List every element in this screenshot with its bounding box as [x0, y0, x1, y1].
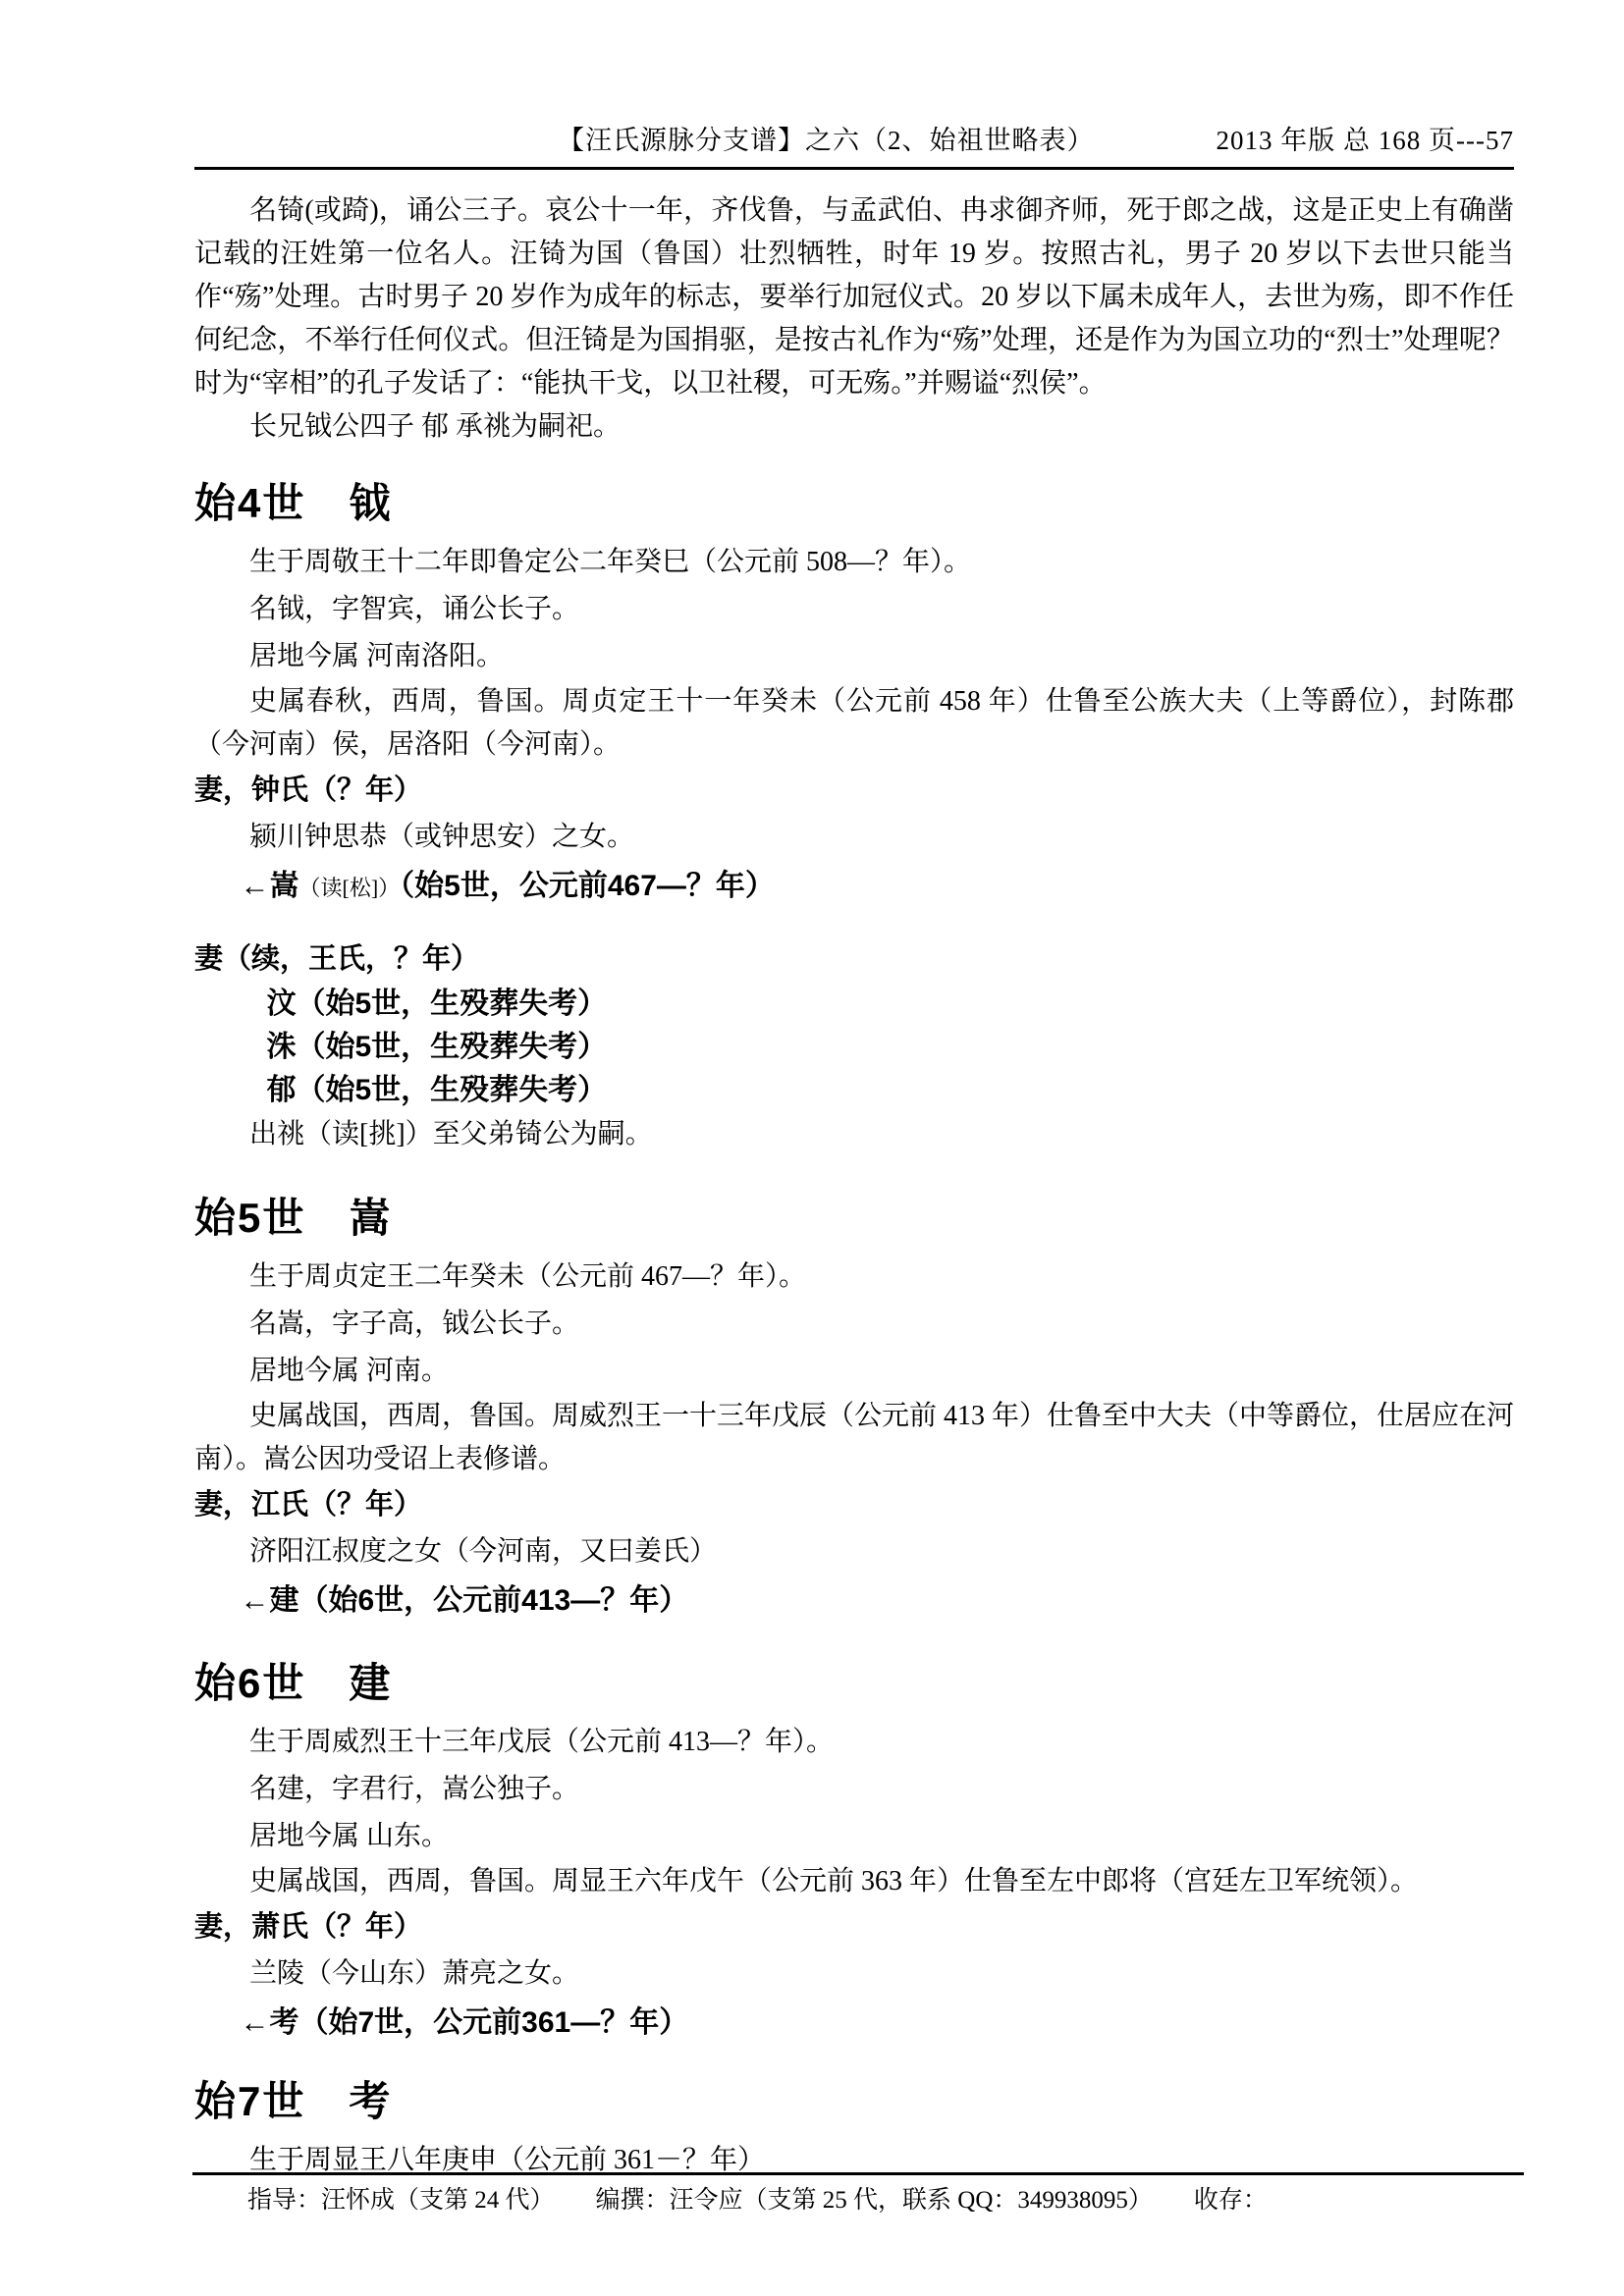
- heir-arrow: ←嵩: [241, 870, 299, 902]
- son-line: 洙（始5世，生殁葬失考）: [194, 1026, 1514, 1069]
- birth-line: 生于周贞定王二年癸未（公元前 467—？年）。: [194, 1254, 1514, 1301]
- name-line: 名嵩，字子高，钺公长子。: [194, 1301, 1514, 1348]
- heir-arrow: ←建: [241, 1584, 299, 1617]
- footer-rule: [192, 2172, 1524, 2175]
- section-heading: 始6世建: [194, 1656, 1514, 1711]
- page-number: 2013 年版 总 168 页---57: [1217, 124, 1514, 157]
- residence-line: 居地今属 山东。: [194, 1813, 1514, 1860]
- section-gen4: 始4世钺 生于周敬王十二年即鲁定公二年癸巳（公元前 508—？年）。 名钺，字智…: [194, 476, 1514, 1157]
- name-line: 名钺，字智宾，诵公长子。: [194, 586, 1514, 633]
- adoption-note-line: 出祧（读[挑]）至父弟锜公为嗣。: [194, 1112, 1514, 1157]
- footer-editor: 编撰：汪令应（支第 25 代，联系 QQ：349938095）: [596, 2185, 1153, 2216]
- footer-keeper: 收存：: [1194, 2185, 1268, 2216]
- wife-line: 妻，萧氏（？年）: [194, 1903, 1514, 1950]
- person-name: 嵩: [349, 1195, 392, 1241]
- second-wife-line: 妻（续，王氏，？年）: [194, 935, 1514, 983]
- pronunciation-note: （读[松]）: [299, 876, 401, 900]
- residence-line: 居地今属 河南。: [194, 1348, 1514, 1395]
- header-rule: [194, 167, 1514, 170]
- generation-label: 始7世: [194, 2078, 305, 2124]
- intro-paragraph: 名锜(或踦)，诵公三子。哀公十一年，齐伐鲁，与孟武伯、冉求御齐师，死于郎之战，这…: [194, 189, 1514, 405]
- heir-info: （始7世，公元前361—？年）: [299, 2006, 689, 2039]
- birth-line: 生于周敬王十二年即鲁定公二年癸巳（公元前 508—？年）。: [194, 539, 1514, 586]
- section-heading: 始7世考: [194, 2074, 1514, 2129]
- heir-line: ←建（始6世，公元前413—？年）: [194, 1575, 1514, 1627]
- residence-line: 居地今属 河南洛阳。: [194, 633, 1514, 680]
- wife-origin-line: 兰陵（今山东）萧亮之女。: [194, 1950, 1514, 1998]
- wife-origin-line: 颍川钟思恭（或钟思安）之女。: [194, 814, 1514, 861]
- section-heading: 始5世嵩: [194, 1191, 1514, 1246]
- generation-label: 始5世: [194, 1195, 305, 1241]
- page-footer: 指导：汪怀成（支第 24 代） 编撰：汪令应（支第 25 代，联系 QQ：349…: [192, 2172, 1524, 2216]
- generation-label: 始4世: [194, 480, 305, 526]
- section-gen7: 始7世考 生于周显王八年庚申（公元前 361－？年）: [194, 2074, 1514, 2184]
- document-title: 【汪氏源脉分支谱】之六（2、始祖世略表）: [558, 124, 1095, 157]
- section-gen6: 始6世建 生于周威烈王十三年戊辰（公元前 413—？年）。 名建，字君行，嵩公独…: [194, 1656, 1514, 2049]
- history-line: 史属战国，西周，鲁国。周显王六年戊午（公元前 363 年）仕鲁至左中郎将（宫廷左…: [194, 1860, 1514, 1903]
- person-name: 钺: [349, 480, 392, 526]
- wife-line: 妻，钟氏（？年）: [194, 767, 1514, 814]
- heir-line: ←嵩（读[松]）（始5世，公元前467—？年）: [194, 861, 1514, 914]
- footer-credits: 指导：汪怀成（支第 24 代） 编撰：汪令应（支第 25 代，联系 QQ：349…: [192, 2185, 1524, 2216]
- page-content: 【汪氏源脉分支谱】之六（2、始祖世略表） 2013 年版 总 168 页---5…: [194, 124, 1514, 2184]
- history-line: 史属春秋，西周，鲁国。周贞定王十一年癸未（公元前 458 年）仕鲁至公族大夫（上…: [194, 680, 1514, 767]
- document-page: 【汪氏源脉分支谱】之六（2、始祖世略表） 2013 年版 总 168 页---5…: [0, 0, 1624, 2296]
- section-heading: 始4世钺: [194, 476, 1514, 531]
- heir-info: （始5世，公元前467—？年）: [400, 870, 775, 902]
- section-gen5: 始5世嵩 生于周贞定王二年癸未（公元前 467—？年）。 名嵩，字子高，钺公长子…: [194, 1191, 1514, 1627]
- person-name: 考: [349, 2078, 392, 2124]
- generation-label: 始6世: [194, 1660, 305, 1706]
- intro-note-line: 长兄钺公四子 郁 承祧为嗣祀。: [194, 405, 1514, 449]
- name-line: 名建，字君行，嵩公独子。: [194, 1766, 1514, 1813]
- page-header: 【汪氏源脉分支谱】之六（2、始祖世略表） 2013 年版 总 168 页---5…: [194, 124, 1514, 157]
- heir-arrow: ←考: [241, 2006, 299, 2039]
- wife-line: 妻，江氏（？年）: [194, 1481, 1514, 1528]
- heir-line: ←考（始7世，公元前361—？年）: [194, 1998, 1514, 2049]
- wife-origin-line: 济阳江叔度之女（今河南，又曰姜氏）: [194, 1528, 1514, 1575]
- son-line: 郁（始5世，生殁葬失考）: [194, 1069, 1514, 1112]
- footer-advisor: 指导：汪怀成（支第 24 代）: [247, 2185, 555, 2216]
- son-line: 汶（始5世，生殁葬失考）: [194, 983, 1514, 1026]
- person-name: 建: [349, 1660, 392, 1706]
- history-line: 史属战国，西周，鲁国。周威烈王一十三年戊辰（公元前 413 年）仕鲁至中大夫（中…: [194, 1395, 1514, 1481]
- heir-info: （始6世，公元前413—？年）: [299, 1584, 689, 1617]
- birth-line: 生于周威烈王十三年戊辰（公元前 413—？年）。: [194, 1719, 1514, 1766]
